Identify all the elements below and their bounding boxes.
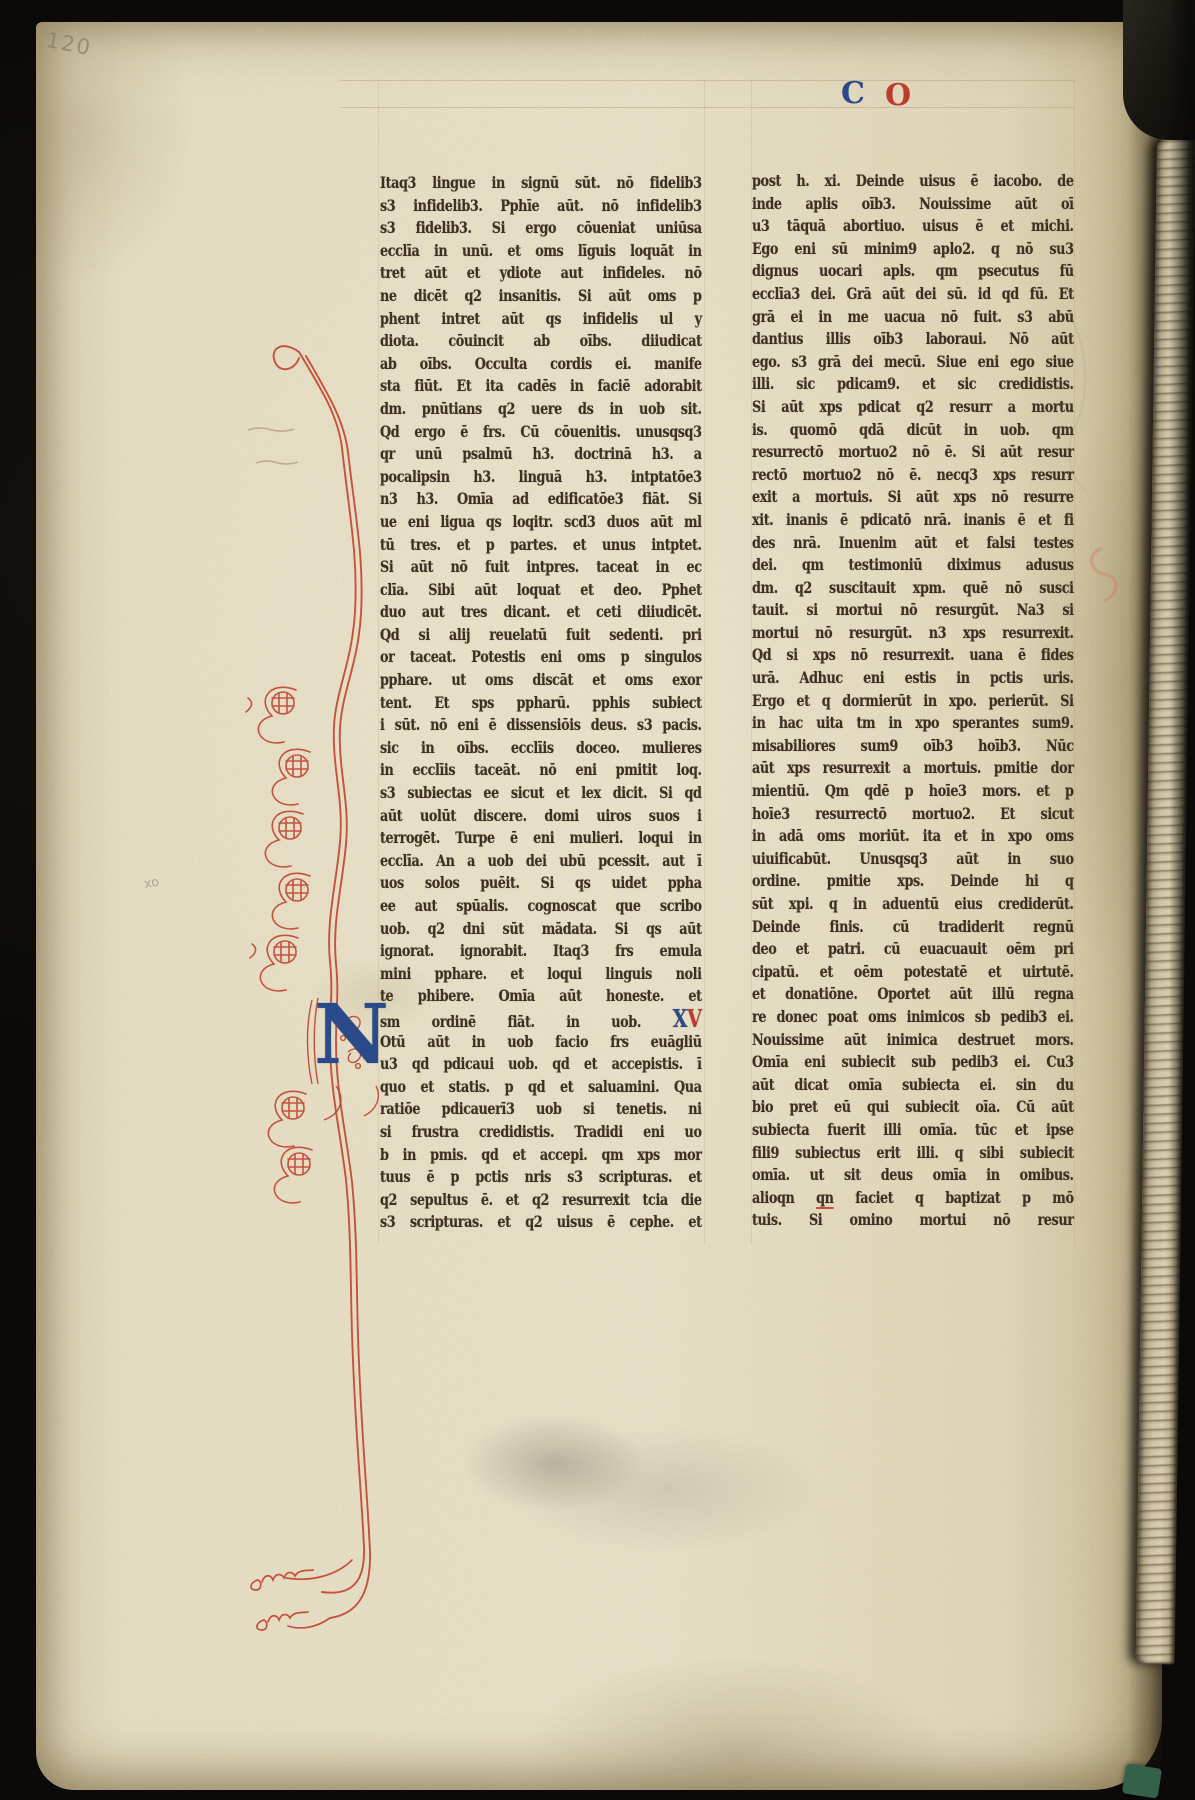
text-line: Ergo et q dormierūt in xpo. perierūt. Si xyxy=(752,690,1074,713)
text-line: aūt xps resurrexit a mortuis. pmitie dor xyxy=(752,757,1074,780)
text-line: xit. inanis ē pdicatō nrā. inanis ē et f… xyxy=(752,509,1074,532)
text-line: ee aut spūalis. cognoscat que scribo xyxy=(380,895,702,918)
text-line: Otū aūt in uob facio frs euāgliū xyxy=(380,1031,702,1054)
text-line: u3 tāquā abortiuo. uisus ē et michi. xyxy=(752,215,1074,238)
pencil-margin-mark: xo xyxy=(143,875,161,892)
text-line: n3 h3. Omīa ad edificatōe3 fiāt. Si xyxy=(380,488,702,511)
text-line: fili9 subiectus erit illi. q sibi subiec… xyxy=(752,1142,1074,1165)
text-line: deo et patri. cū euacuauit oēm pri xyxy=(752,938,1074,961)
text-line: sūt xpi. q in aduentū eius crediderūt. xyxy=(752,893,1074,916)
text-line: s3 scripturas. et q2 uisus ē cephe. et xyxy=(380,1211,702,1234)
text-line: pocalipsin h3. linguā h3. intptatōe3 xyxy=(380,466,702,489)
text-line: quo et statis. p qd et saluamini. Qua xyxy=(380,1076,702,1099)
text-line: illi. sic pdicam9. et sic credidistis. xyxy=(752,373,1074,396)
text-line: grā ei in me uacua nō fuit. s3 abū xyxy=(752,306,1074,329)
text-line: cipatū. et oēm potestatē et uirtutē. xyxy=(752,961,1074,984)
text-line: si frustra credidistis. Tradidi eni uo xyxy=(380,1121,702,1144)
text-line: in hac uita tm in xpo sperantes sum9. xyxy=(752,712,1074,735)
text-line: dm. q2 suscitauit xpm. quē nō susci xyxy=(752,577,1074,600)
rubricated-text: V xyxy=(687,1004,702,1033)
text-line: aūt uolūt discere. domi uiros suos i xyxy=(380,805,702,828)
text-line: exit a mortuis. Si aūt xps nō resurre xyxy=(752,486,1074,509)
text-line: dignus uocari apls. qm psecutus fū xyxy=(752,260,1074,283)
text-line: tuis. Si omino mortui nō resur xyxy=(752,1209,1074,1232)
text-line: pphare. ut oms discāt et oms exor xyxy=(380,669,702,692)
photograph-of-manuscript: C O 120 xo Itaq3 lingue in signū sūt. nō… xyxy=(0,0,1195,1800)
text-line: clīa. Sibi aūt loquat et deo. Pphet xyxy=(380,579,702,602)
text-line: Qd si alij reuelatū fuit sedenti. pri xyxy=(380,624,702,647)
text-line: s3 fidelib3. Si ergo cōueniat uniūsa xyxy=(380,217,702,240)
text-line: q2 sepultus ē. et q2 resurrexit tcia die xyxy=(380,1189,702,1212)
text-line: dei. qm testimoniū diximus adusus xyxy=(752,554,1074,577)
text-line: in ecclīis taceāt. nō eni pmitit loq. xyxy=(380,759,702,782)
right-text-column: post h. xi. Deinde uisus ē iacobo. deind… xyxy=(752,170,1074,1232)
text-line: mortui nō resurgūt. n3 xps resurrexit. xyxy=(752,622,1074,645)
text-line: ignorat. ignorabit. Itaq3 frs emula xyxy=(380,940,702,963)
text-line: Qd si xps nō resurrexit. uana ē fides xyxy=(752,644,1074,667)
text-line: omīa. ut sit deus omīa in omibus. xyxy=(752,1164,1074,1187)
text-line: des nrā. Inuenim aūt et falsi testes xyxy=(752,532,1074,555)
text-line: mini pphare. et loqui linguis noli xyxy=(380,963,702,986)
text-line: Qd ergo ē frs. Cū cōuenitis. unusqsq3 xyxy=(380,421,702,444)
running-header-letter-c: C xyxy=(841,79,865,109)
text-line: Deinde finis. cū tradiderit regnū xyxy=(752,916,1074,939)
rubricated-text: qn xyxy=(816,1188,833,1209)
text-line: ne dicēt q2 insanitis. Si aūt oms p xyxy=(380,285,702,308)
text-line: Si aūt xps pdicat q2 resurr a mortu xyxy=(752,396,1074,419)
text-line: in adā oms moriūt. ita et in xpo oms xyxy=(752,825,1074,848)
text-line: ecclīa in unū. et oms līguis loquāt in xyxy=(380,240,702,263)
text-line: ordine. pmitie xps. Deinde hi q xyxy=(752,870,1074,893)
text-line: ab oībs. Occulta cordis ei. manife xyxy=(380,353,702,376)
right-edge-shadow xyxy=(1169,0,1195,1800)
text-line: resurrectō mortuo2 nō ē. Si aūt resur xyxy=(752,441,1074,464)
text-line: dm. pnūtians q2 uere ds in uob sit. xyxy=(380,398,702,421)
text-line: Itaq3 lingue in signū sūt. nō fidelib3 xyxy=(380,172,702,195)
text-line: re donec poat oms inimicos sb pedib3 ei. xyxy=(752,1006,1074,1029)
text-line: tent. Et sps ppharū. pphis subiect xyxy=(380,692,702,715)
text-line: tret aūt et ydiote aut infideles. nō xyxy=(380,262,702,285)
text-line: s3 infidelib3. Pphīe aūt. nō infidelib3 xyxy=(380,195,702,218)
text-line: i sūt. nō eni ē dissensiōis deus. s3 pac… xyxy=(380,714,702,737)
text-line: terrogēt. Turpe ē eni mulieri. loqui in xyxy=(380,827,702,850)
text-line: urā. Adhuc eni estis in pctis uris. xyxy=(752,667,1074,690)
text-line: tauit. si mortui nō resurgūt. Na3 si xyxy=(752,599,1074,622)
running-header-letter-o: O xyxy=(885,81,911,111)
text-line: aūt dicat omīa subiecta ei. sin du xyxy=(752,1074,1074,1097)
text-line: dantius illis oīb3 laboraui. Nō aūt xyxy=(752,328,1074,351)
text-line: post h. xi. Deinde uisus ē iacobo. de xyxy=(752,170,1074,193)
text-line: phent intret aūt qs infidelis ul y xyxy=(380,308,702,331)
text-line: subiecta fuerit illi omīa. tūc et ipse xyxy=(752,1119,1074,1142)
text-line: diota. cōuincit ab oībs. diiudicat xyxy=(380,330,702,353)
text-line: sm ordinē fiāt. in uob. XV xyxy=(380,1008,702,1031)
text-line: ratiōe pdicauerī3 uob si tenetis. ni xyxy=(380,1098,702,1121)
rubricated-text: X xyxy=(673,1004,688,1033)
text-fragment: alioqn xyxy=(752,1188,816,1207)
green-bookmark-corner xyxy=(1122,1763,1162,1798)
text-line: Si aūt nō fuit intpres. taceat in ec xyxy=(380,556,702,579)
text-line: rectō mortuo2 nō ē. necq3 xps resurr xyxy=(752,464,1074,487)
text-line: te phibere. Omīa aūt honeste. et xyxy=(380,985,702,1008)
text-line: s3 subiectas ee sicut et lex dicit. Si q… xyxy=(380,782,702,805)
text-line: uob. q2 dni sūt mādata. Si qs aūt xyxy=(380,918,702,941)
text-line: Omīa eni subiecit sub pedib3 ei. Cu3 xyxy=(752,1051,1074,1074)
text-line: ecclīa3 dei. Grā aūt dei sū. id qd fū. E… xyxy=(752,283,1074,306)
text-line: inde aplis oīb3. Nouissime aūt oī xyxy=(752,193,1074,216)
text-line: mientiū. Qm qdē p hoīe3 mors. et p xyxy=(752,780,1074,803)
text-line: sic in oībs. ecclīis doceo. mulieres xyxy=(380,737,702,760)
text-line: tuus ē p pctis nris s3 scripturas. et xyxy=(380,1166,702,1189)
text-line: Ego eni sū minim9 aplo2. q nō su3 xyxy=(752,238,1074,261)
text-line: misabiliores sum9 oīb3 hoīb3. Nūc xyxy=(752,735,1074,758)
text-line: or taceat. Potestis eni oms p singulos xyxy=(380,646,702,669)
text-line: is. quomō qdā dicūt in uob. qm xyxy=(752,419,1074,442)
chapter-initial: N xyxy=(306,994,402,1124)
text-fragment: faciet q baptizat p mō xyxy=(834,1188,1074,1207)
text-line: sta fiūt. Et ita cadēs in faciē adorabit xyxy=(380,375,702,398)
text-line: bio pret eū qui subiecit oīa. Cū aūt xyxy=(752,1096,1074,1119)
text-line: b in pmis. qd et accepi. qm xps mor xyxy=(380,1144,702,1167)
text-line: qr unū psalmū h3. doctrinā h3. a xyxy=(380,443,702,466)
text-line: hoīe3 resurrectō mortuo2. Et sicut xyxy=(752,803,1074,826)
left-text-column: Itaq3 lingue in signū sūt. nō fidelib3s3… xyxy=(380,172,702,1234)
text-line: duo aut tres dicant. et ceti diiudicēt. xyxy=(380,601,702,624)
text-line: uiuificabūt. Unusqsq3 aūt in suo xyxy=(752,848,1074,871)
text-line: ego. s3 grā dei mecū. Siue eni ego siue xyxy=(752,351,1074,374)
text-line: ue eni ligua qs loqitr. scd3 duos aūt ml xyxy=(380,511,702,534)
text-line: u3 qd pdicaui uob. qd et accepistis. ī xyxy=(380,1053,702,1076)
text-line: alioqn qn faciet q baptizat p mō xyxy=(752,1187,1074,1210)
text-line: et donatiōne. Oportet aūt illū regna xyxy=(752,983,1074,1006)
initial-letter: N xyxy=(314,994,389,1076)
text-line: tū tres. et p partes. et unus intptet. xyxy=(380,534,702,557)
text-fragment: sm ordinē fiāt. in uob. xyxy=(380,1012,673,1031)
text-line: ecclīa. An a uob dei ubū pcessit. aut ī xyxy=(380,850,702,873)
text-line: uos solos puēit. Si qs uidet ppha xyxy=(380,872,702,895)
text-line: Nouissime aūt inimica destruet mors. xyxy=(752,1029,1074,1052)
